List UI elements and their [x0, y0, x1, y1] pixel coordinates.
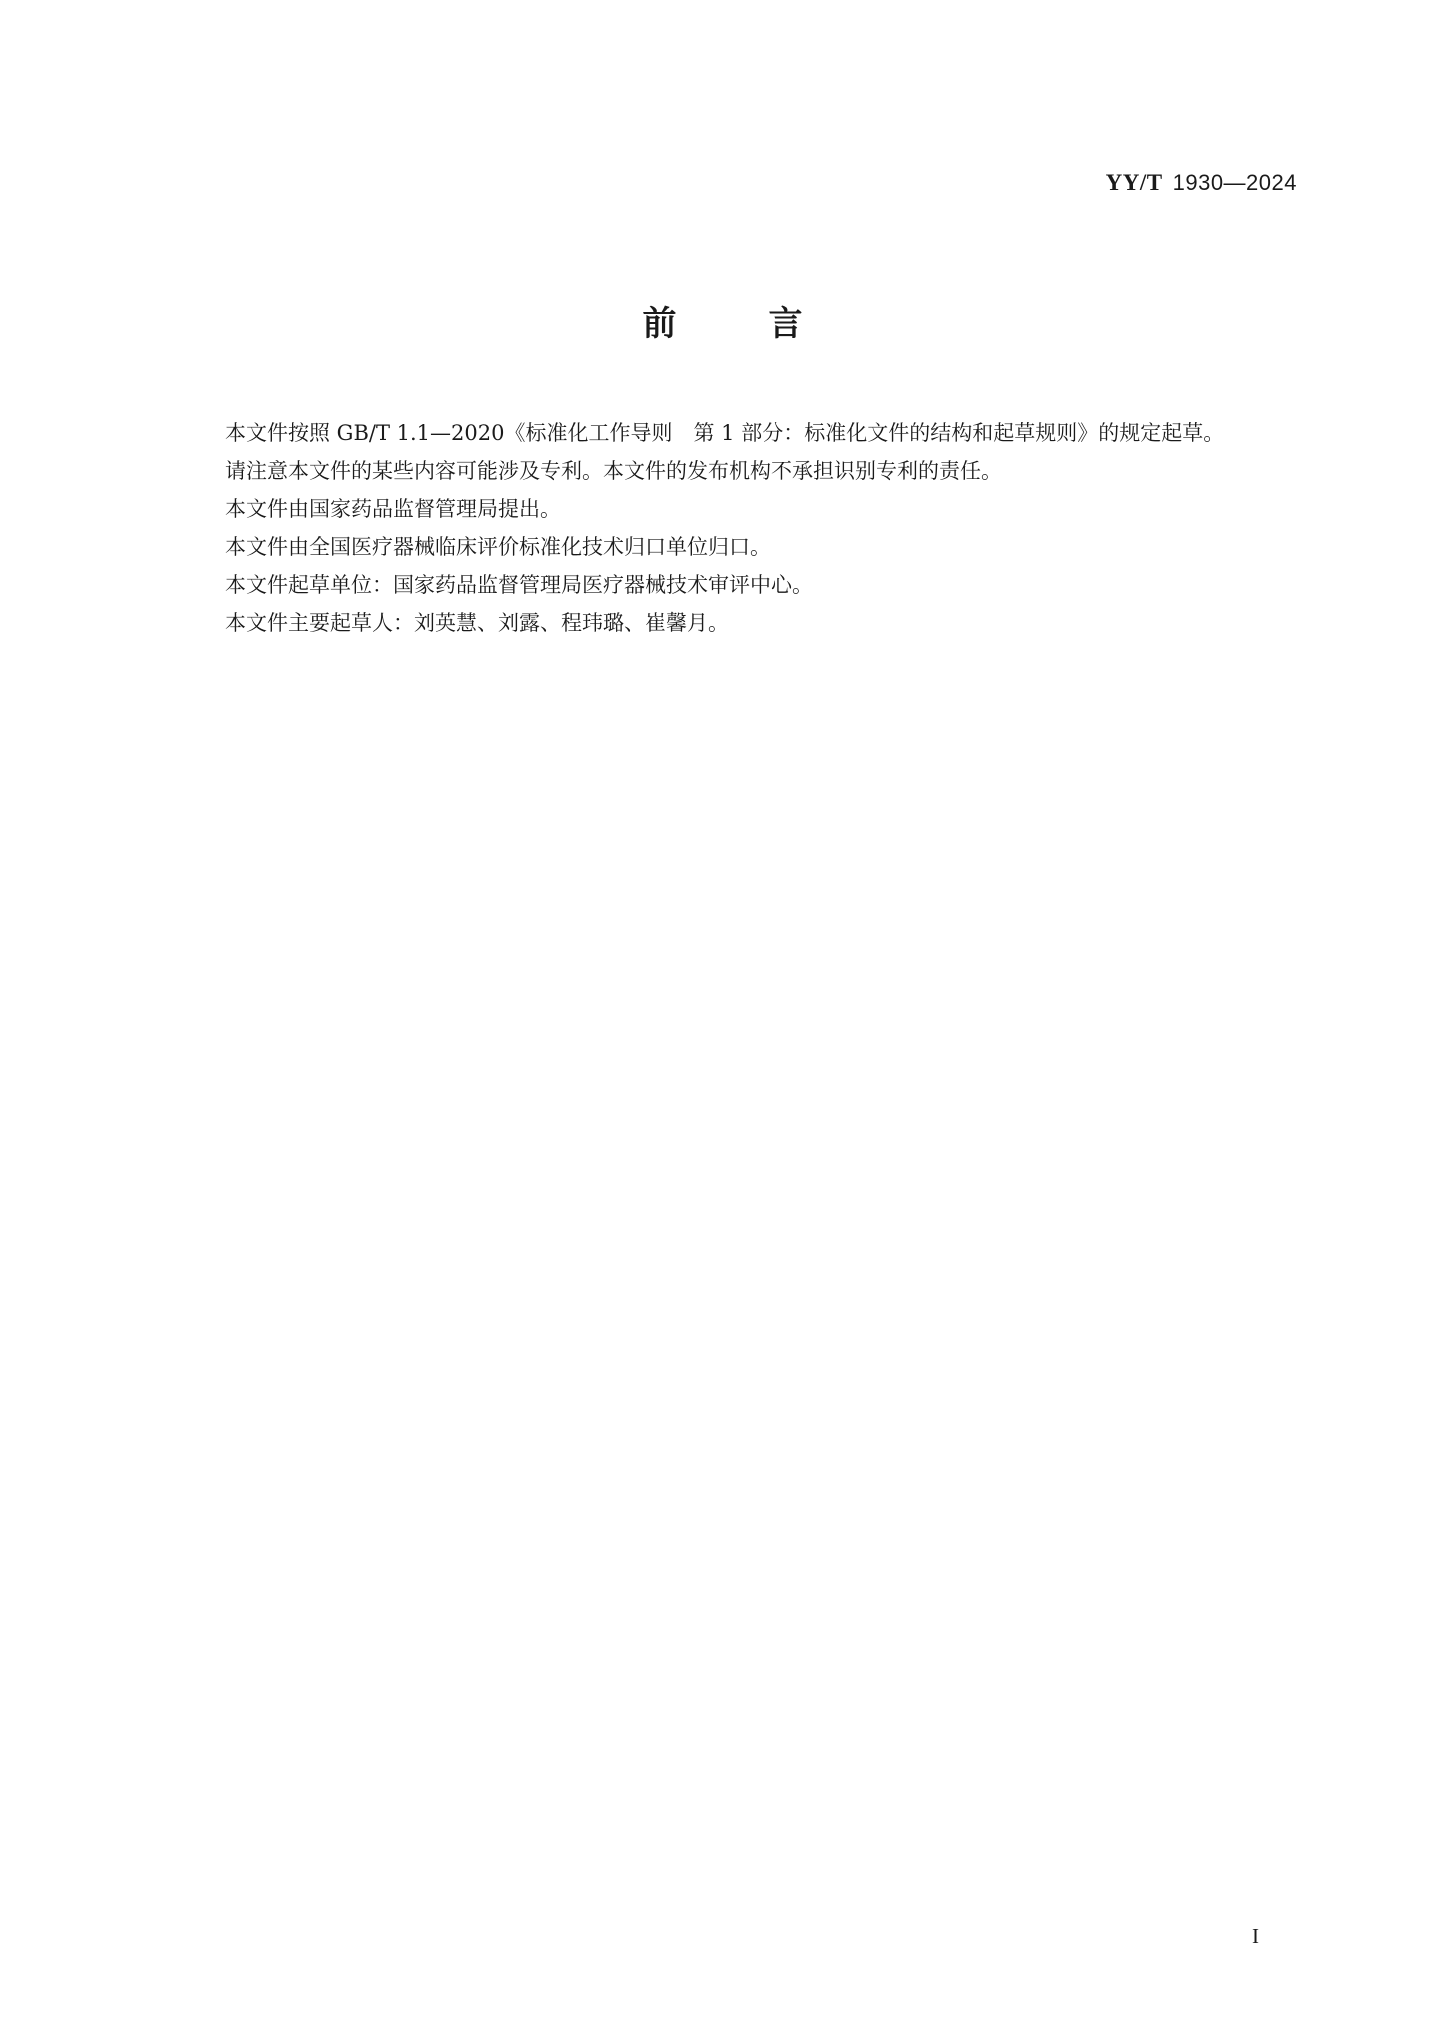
paragraph-drafting-unit: 本文件起草单位：国家药品监督管理局医疗器械技术审评中心。	[176, 566, 1298, 604]
document-code: YY/T1930—2024	[1106, 170, 1297, 196]
paragraph-drafters: 本文件主要起草人：刘英慧、刘露、程玮璐、崔馨月。	[176, 604, 1298, 642]
paragraph-proposer: 本文件由国家药品监督管理局提出。	[176, 490, 1298, 528]
document-code-number: 1930—2024	[1173, 170, 1297, 195]
document-code-prefix: YY/T	[1106, 170, 1163, 195]
page-title: 前言	[0, 296, 1445, 345]
page-number: I	[1252, 1924, 1259, 1949]
foreword-body: 本文件按照 GB/T 1.1—2020《标准化工作导则 第 1 部分：标准化文件…	[176, 414, 1298, 642]
paragraph-administrator: 本文件由全国医疗器械临床评价标准化技术归口单位归口。	[176, 528, 1298, 566]
paragraph-drafting-rules: 本文件按照 GB/T 1.1—2020《标准化工作导则 第 1 部分：标准化文件…	[176, 414, 1298, 452]
paragraph-patent-notice: 请注意本文件的某些内容可能涉及专利。本文件的发布机构不承担识别专利的责任。	[176, 452, 1298, 490]
